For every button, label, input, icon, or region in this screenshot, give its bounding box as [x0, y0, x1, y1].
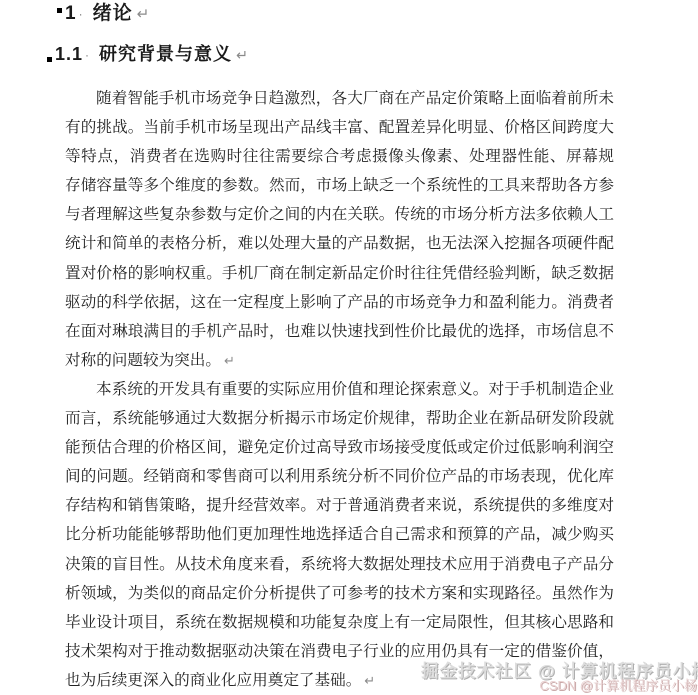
text-line-content: 也为后续更深入的商业化应用奠定了基础。 — [65, 672, 361, 689]
paragraph-mark-icon: ↵ — [224, 354, 235, 369]
text-line[interactable]: 置对价格的影响权重。手机厂商在制定新品定价时往往凭借经验判断，缺乏数据 — [65, 259, 614, 288]
text-line[interactable]: 统计和简单的表格分析，难以处理大量的产品数据，也无法深入挖掘各项硬件配 — [65, 229, 614, 258]
text-line[interactable]: 随着智能手机市场竞争日趋激烈，各大厂商在产品定价策略上面临着前所未 — [65, 84, 614, 113]
document-body: 随着智能手机市场竞争日趋激烈，各大厂商在产品定价策略上面临着前所未 有的挑战。当… — [65, 84, 614, 695]
heading-1-number: 1 — [65, 3, 77, 24]
watermark-csdn: CSDN @计算机程序员小杨 — [539, 675, 697, 694]
paragraph-mark-icon: ↵ — [236, 48, 249, 64]
text-line[interactable]: 本系统的开发具有重要的实际应用价值和理论探索意义。对于手机制造企业 — [65, 375, 614, 404]
document-page: 1·绪论↵ 1.1·研究背景与意义↵ 随着智能手机市场竞争日趋激烈，各大厂商在产… — [0, 0, 698, 695]
outline-square-bullet-icon — [47, 57, 52, 62]
paragraph-mark-icon: ↵ — [137, 5, 151, 23]
space-mark-icon: · — [79, 7, 84, 21]
text-line[interactable]: 在面对琳琅满目的手机产品时，也难以快速找到性价比最优的选择，市场信息不 — [65, 317, 614, 346]
heading-1[interactable]: 1·绪论↵ — [57, 2, 150, 26]
text-line[interactable]: 等特点，消费者在选购时往往需要综合考虑摄像头像素、处理器性能、屏幕规格、 — [65, 142, 614, 171]
space-mark-icon: · — [85, 48, 90, 62]
heading-1-title: 绪论 — [93, 3, 133, 24]
heading-1-1[interactable]: 1.1·研究背景与意义↵ — [47, 42, 249, 68]
heading-1-1-number: 1.1 — [55, 44, 83, 64]
text-line[interactable]: 毕业设计项目，系统在数据规模和功能复杂度上有一定局限性，但其核心思路和 — [65, 608, 614, 637]
text-line[interactable]: 间的问题。经销商和零售商可以利用系统分析不同价位产品的市场表现，优化库 — [65, 462, 614, 491]
text-line[interactable]: 析领域，为类似的商品定价分析提供了可参考的技术方案和实现路径。虽然作为 — [65, 579, 614, 608]
text-line[interactable]: 而言，系统能够通过大数据分析揭示市场定价规律，帮助企业在新品研发阶段就 — [65, 404, 614, 433]
text-line[interactable]: 存储容量等多个维度的参数。然而，市场上缺乏一个系统性的工具来帮助各方参 — [65, 171, 614, 200]
text-line[interactable]: 与者理解这些复杂参数与定价之间的内在关联。传统的市场分析方法多依赖人工 — [65, 200, 614, 229]
heading-1-1-title: 研究背景与意义 — [99, 44, 232, 64]
outline-square-bullet-icon — [57, 8, 62, 13]
text-line[interactable]: 能预估合理的价格区间，避免定价过高导致市场接受度低或定价过低影响利润空 — [65, 433, 614, 462]
text-line[interactable]: 决策的盲目性。从技术角度来看，系统将大数据处理技术应用于消费电子产品分 — [65, 550, 614, 579]
text-line[interactable]: 对称的问题较为突出。↵ — [65, 346, 614, 375]
text-line[interactable]: 比分析功能能够帮助他们更加理性地选择适合自己需求和预算的产品，减少购买 — [65, 520, 614, 549]
text-line-content: 对称的问题较为突出。 — [65, 352, 221, 369]
text-line[interactable]: 存结构和销售策略，提升经营效率。对于普通消费者来说，系统提供的多维度对 — [65, 491, 614, 520]
text-line[interactable]: 有的挑战。当前手机市场呈现出产品线丰富、配置差异化明显、价格区间跨度大 — [65, 113, 614, 142]
paragraph-mark-icon: ↵ — [364, 674, 375, 689]
text-line[interactable]: 驱动的科学依据，这在一定程度上影响了产品的市场竞争力和盈利能力。消费者 — [65, 288, 614, 317]
